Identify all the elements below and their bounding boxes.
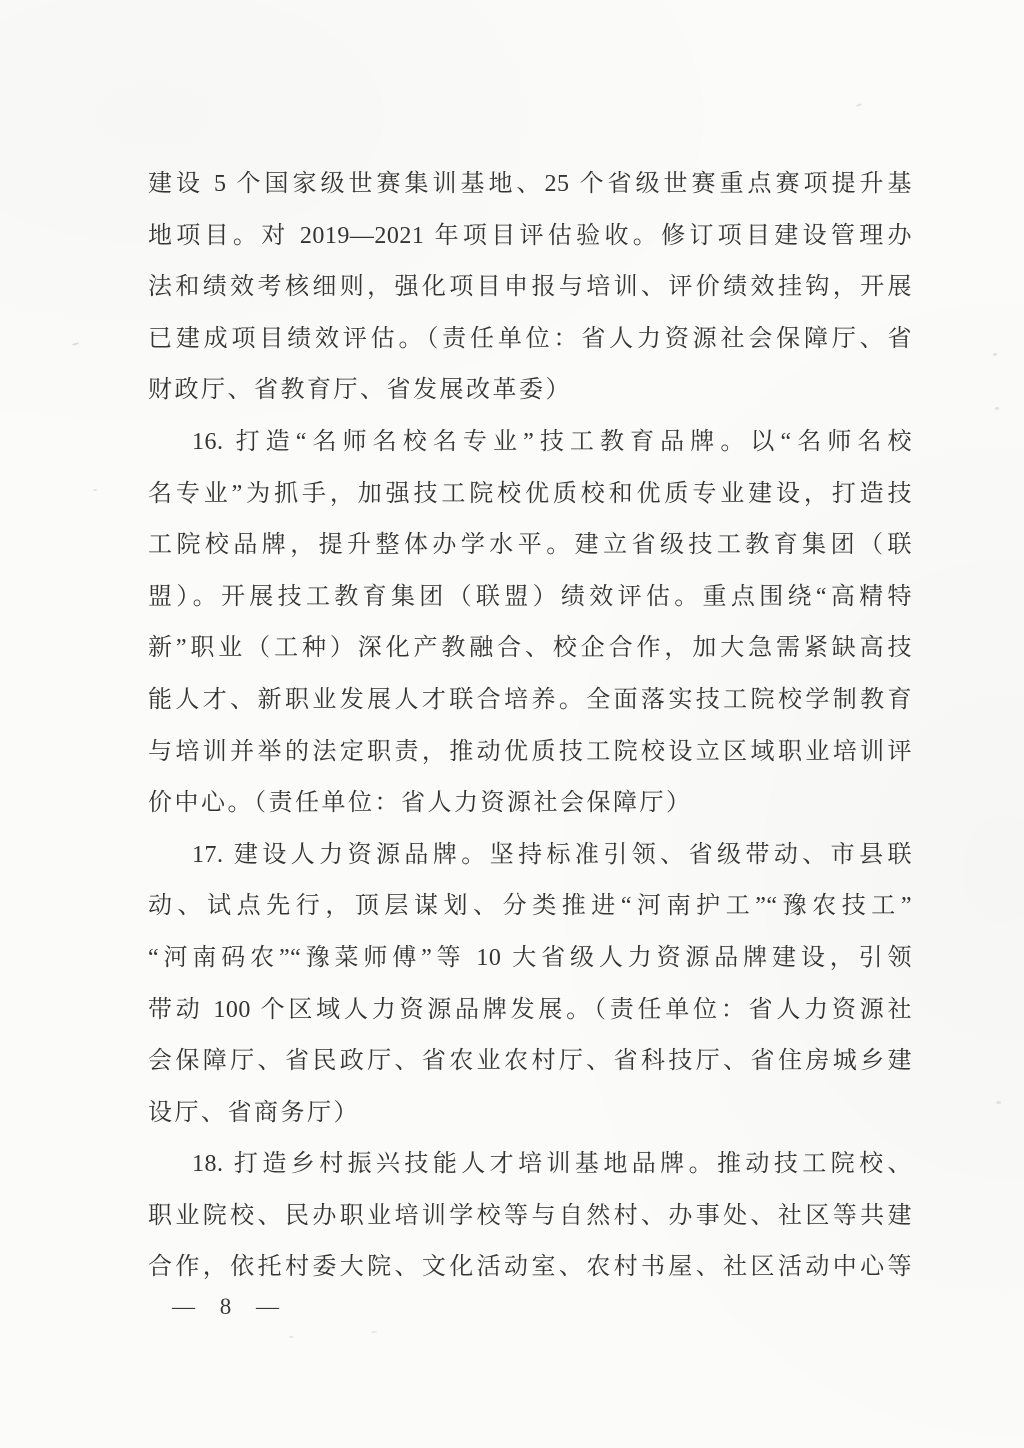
scan-speck	[995, 407, 999, 410]
text-line: 价中心。（责任单位：省人力资源社会保障厅）	[148, 778, 912, 830]
text-line: 17. 建设人力资源品牌。坚持标准引领、省级带动、市县联	[148, 830, 912, 882]
document-page: 建设 5 个国家级世赛集训基地、25 个省级世赛重点赛项提升基地项目。对 201…	[0, 0, 1024, 1448]
text-line: 新”职业（工种）深化产教融合、校企合作，加大急需紧缺高技	[148, 623, 912, 675]
text-line: 名专业”为抓手，加强技工院校优质校和优质专业建设，打造技	[148, 469, 912, 521]
text-line: 建设 5 个国家级世赛集训基地、25 个省级世赛重点赛项提升基	[148, 159, 912, 211]
text-line: 地项目。对 2019—2021 年项目评估验收。修订项目建设管理办	[148, 211, 912, 263]
text-line: “河南码农”“豫菜师傅”等 10 大省级人力资源品牌建设，引领	[148, 933, 912, 985]
text-line: 与培训并举的法定职责，推动优质技工院校设立区域职业培训评	[148, 727, 912, 779]
text-line: 职业院校、民办职业培训学校等与自然村、办事处、社区等共建	[148, 1191, 912, 1243]
scan-speck	[996, 1101, 1001, 1104]
scan-speck	[856, 103, 862, 107]
text-line: 财政厅、省教育厅、省发展改革委）	[148, 365, 912, 417]
text-line: 能人才、新职业发展人才联合培养。全面落实技工院校学制教育	[148, 675, 912, 727]
document-body: 建设 5 个国家级世赛集训基地、25 个省级世赛重点赛项提升基地项目。对 201…	[148, 159, 912, 1294]
text-line: 动、试点先行，顶层谋划、分类推进“河南护工”“豫农技工”	[148, 881, 912, 933]
text-line: 设厅、省商务厅）	[148, 1088, 912, 1140]
text-line: 会保障厅、省民政厅、省农业农村厅、省科技厅、省住房城乡建	[148, 1036, 912, 1088]
text-line: 16. 打造“名师名校名专业”技工教育品牌。以“名师名校	[148, 417, 912, 469]
text-line: 带动 100 个区域人力资源品牌发展。（责任单位：省人力资源社	[148, 985, 912, 1037]
text-line: 合作，依托村委大院、文化活动室、农村书屋、社区活动中心等	[148, 1242, 912, 1294]
scan-speck	[371, 1331, 377, 1334]
text-line: 18. 打造乡村振兴技能人才培训基地品牌。推动技工院校、	[148, 1139, 912, 1191]
text-line: 工院校品牌，提升整体办学水平。建立省级技工教育集团（联	[148, 520, 912, 572]
page-number: — 8 —	[172, 1292, 280, 1322]
scan-speck	[993, 353, 997, 356]
scan-speck	[72, 342, 79, 346]
text-line: 已建成项目绩效评估。（责任单位：省人力资源社会保障厅、省	[148, 314, 912, 366]
scan-speck	[289, 1336, 294, 1339]
text-line: 法和绩效考核细则，强化项目申报与培训、评价绩效挂钩，开展	[148, 262, 912, 314]
text-line: 盟）。开展技工教育集团（联盟）绩效评估。重点围绕“高精特	[148, 572, 912, 624]
scan-speck	[93, 489, 97, 492]
